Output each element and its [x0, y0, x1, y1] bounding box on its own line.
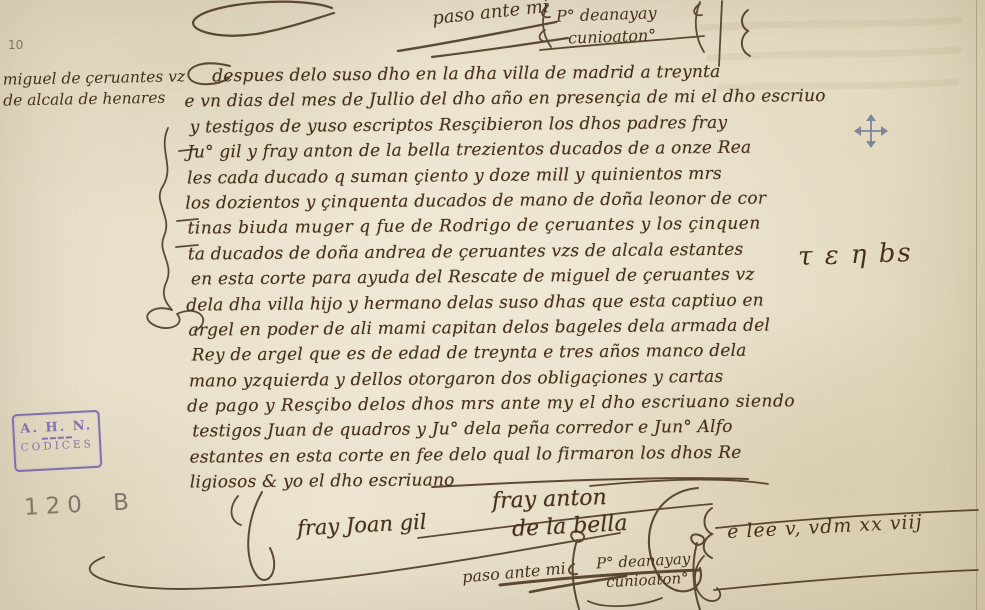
top-notary-name: P° deanayay	[556, 3, 657, 25]
margin-note-cervantes: miguel de çeruantes vz de alcala de hena…	[3, 66, 186, 111]
bottom-paso-ante-mi: paso ante mi	[461, 559, 566, 587]
manuscript-line: estantes en esta corte en fee delo qual …	[189, 440, 774, 470]
signature-fray-anton-line2: de la bella	[511, 511, 628, 542]
signature-fray-anton-line1: fray anton	[492, 485, 608, 514]
top-paso-ante-mi: paso ante mi	[431, 0, 549, 29]
flourish-sig1-initial	[248, 492, 274, 580]
flourish-margin-vertical-rubric	[160, 128, 172, 310]
flourish-bottom-rubric-right	[691, 534, 704, 610]
ahn-codices-stamp: A. H. N. CODICES	[12, 410, 103, 473]
stamp-text-ahn: A. H. N.	[14, 418, 99, 437]
shelfmark-pencil: 120 B	[23, 489, 136, 521]
bleedthrough-mark	[710, 50, 958, 58]
footer-amount-notation: e lee v, vdm xx viij	[727, 511, 924, 543]
manuscript-line: ligiosos & yo el dho escriuano	[190, 466, 775, 496]
signature-fray-joan-gil: fray Joan gil	[296, 510, 427, 541]
top-notary-rubric-word: cunioaton°	[568, 25, 657, 47]
margin-amount-annotation: τ ε η bs	[798, 238, 914, 272]
bottom-notary-rubric-word: cunioaton°	[606, 569, 690, 591]
flourish-amount-bottomline	[714, 570, 978, 590]
flourish-amount-brace	[704, 508, 712, 558]
manuscript-text-block: despues delo suso dho en la dha villa de…	[186, 59, 775, 496]
flourish-bottom-rubric-left	[569, 531, 584, 609]
flourish-bottom-tail	[588, 598, 662, 606]
move-cursor-icon	[854, 114, 888, 148]
stamp-text-codices: CODICES	[15, 438, 100, 454]
flourish-top-swash	[193, 2, 334, 36]
flourish-paso-stroke	[432, 38, 568, 57]
flourish-notary-bar	[719, 1, 722, 66]
bleedthrough-mark	[700, 20, 960, 28]
folio-number: 10	[8, 38, 23, 52]
flourish-paso-stroke	[398, 22, 556, 51]
flourish-notary-frame-right	[694, 2, 704, 52]
flourish-sig1-lead	[232, 496, 241, 525]
flourish-notary-brace	[742, 10, 750, 56]
manuscript-page: 10 miguel de çeruantes vz de alcala de h…	[0, 0, 985, 610]
flourish-amount-tail	[695, 556, 720, 601]
margin-note-line2: de alcala de henares	[3, 87, 186, 111]
